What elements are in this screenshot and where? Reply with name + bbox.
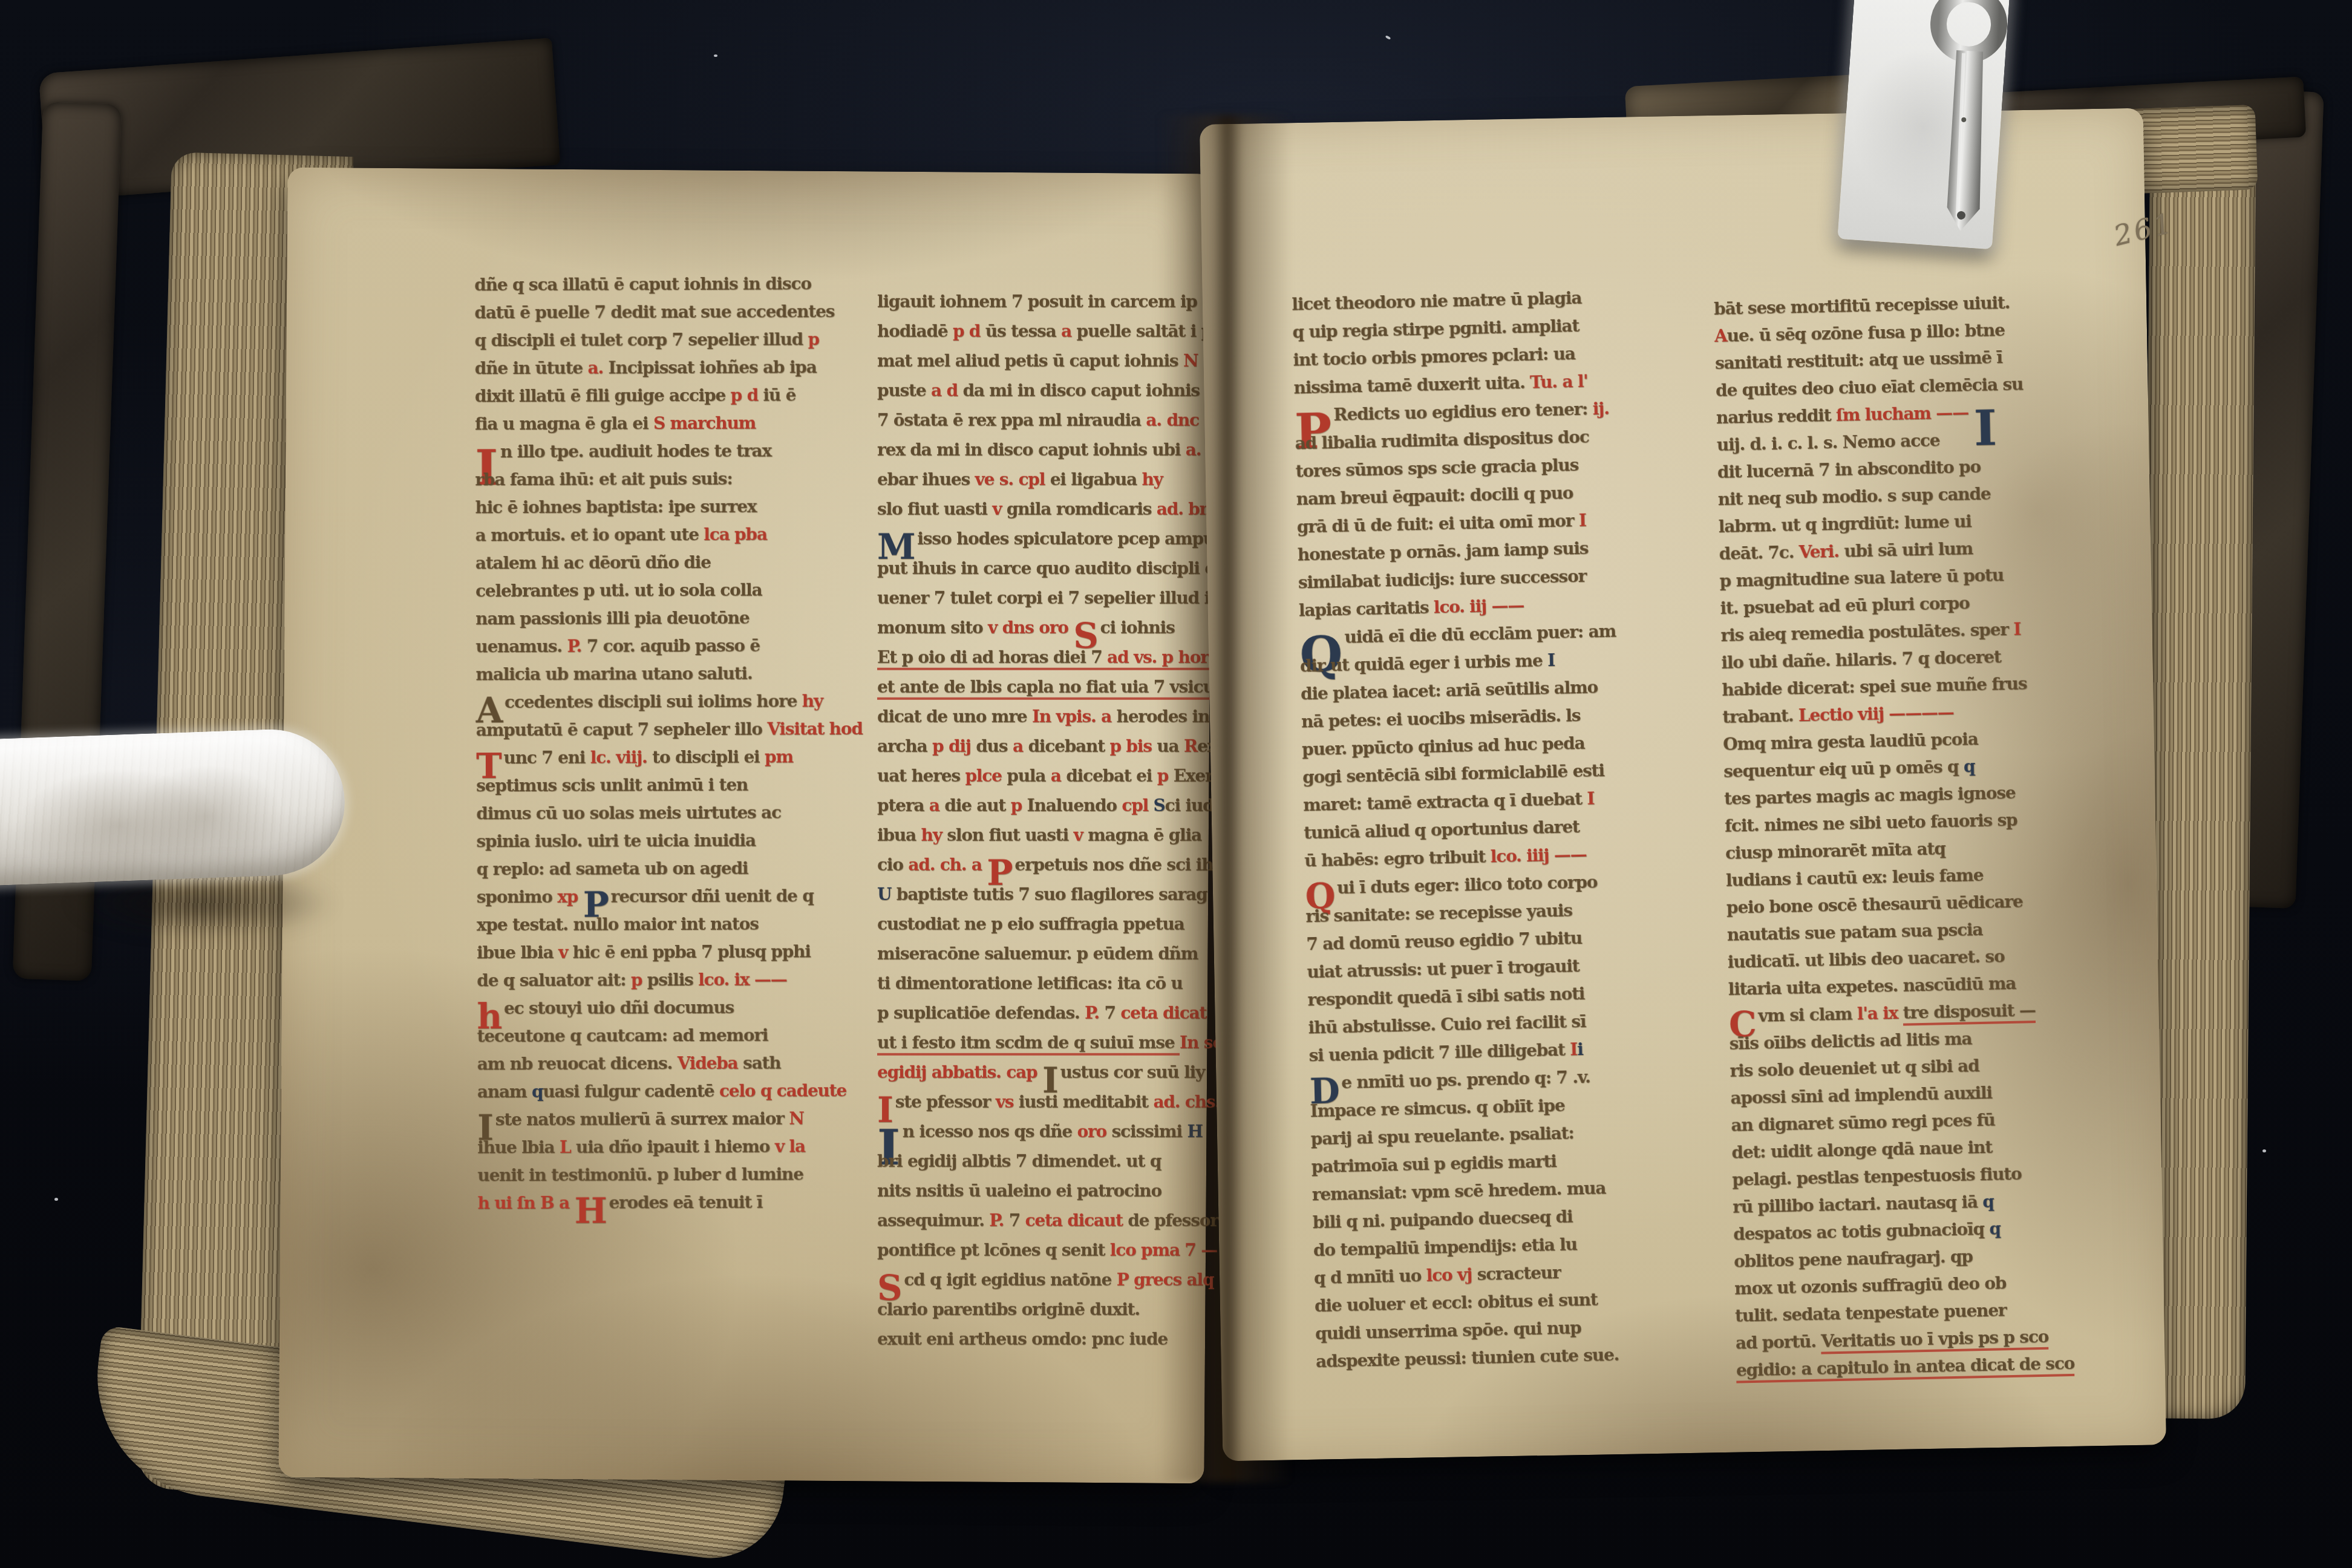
- rubric-text: p: [631, 970, 647, 990]
- rubric-text: p: [1011, 795, 1027, 815]
- rubric-text: oro: [1077, 1122, 1112, 1142]
- body-text: ibua: [877, 825, 921, 845]
- body-text: am nb reuocat dicens.: [477, 1053, 678, 1074]
- body-text: q: [1964, 756, 1975, 776]
- body-text: slon fiut uasti: [947, 825, 1073, 845]
- body-text: cio: [877, 855, 908, 875]
- rubric-text: Tu. a l': [1530, 371, 1588, 392]
- body-text: hic ē iohnes baptista: ipe surrex: [475, 497, 756, 518]
- text-line: hic ē iohnes baptista: ipe surrex: [475, 496, 861, 525]
- body-text: hodiadē: [877, 321, 953, 341]
- body-text: H: [574, 1191, 609, 1232]
- text-column-right-1: licet theodoro nie matre ū plagiaq uip r…: [1292, 287, 1633, 1379]
- body-text: dixit illatū ē fili guige accipe: [475, 385, 731, 406]
- body-text: ubi sā uiri lum: [1844, 538, 1973, 561]
- body-text: 7 ōstata ē rex ppa ml niraudia: [877, 410, 1146, 430]
- body-text: ut i festo itm scdm de q suiuī mse: [877, 1033, 1180, 1056]
- text-line: uenamus. P. 7 cor. aquib passo ē: [475, 635, 862, 664]
- rubric-text: plce: [965, 766, 1007, 786]
- body-text: custodiat ne p eio suffragia ppetua: [877, 914, 1184, 934]
- body-text: exuit eni artheus omdo: pnc iude: [877, 1329, 1168, 1349]
- text-line: dñe in ūtute a. Incipissat iohñes ab ipa: [475, 357, 861, 386]
- rubric-text: v: [992, 499, 1007, 519]
- rubric-text: P.: [567, 636, 586, 656]
- body-text: assequimur.: [877, 1210, 989, 1230]
- body-text: xpe testat. nullo maior int natos: [477, 914, 759, 935]
- rubric-text: lco. iij ——: [1433, 595, 1524, 617]
- body-text: uenit in testimoniū. p luber d lumine: [477, 1164, 803, 1185]
- body-text: ūs tessa: [985, 321, 1061, 341]
- body-text: vm si clam: [1758, 1004, 1857, 1025]
- text-line: hec stouyi uio dñi documus: [477, 997, 863, 1026]
- text-line: de q saluator ait: p psilis lco. ix ——: [477, 969, 863, 998]
- body-text: ebar ihues: [877, 469, 975, 489]
- text-line: fia u magna ē gla ei S marchum: [475, 413, 861, 442]
- body-text: dicat de uno mre: [877, 707, 1032, 727]
- body-text: to discipli ei: [652, 747, 765, 768]
- rubric-text: p dij: [932, 736, 976, 756]
- rubric-text: hy: [921, 825, 947, 845]
- rubric-text: Veri.: [1798, 541, 1844, 563]
- text-line: ihue lbia L uia dño ipauit i hiemo v la: [477, 1136, 864, 1165]
- body-text: unc 7 eni: [503, 748, 590, 768]
- text-line: dimus cū uo solas meis uirtutes ac: [476, 802, 863, 831]
- rubric-text: v: [558, 942, 573, 962]
- body-text: tre disposuit —: [1903, 1000, 2036, 1026]
- body-text: dñe q sca illatū ē caput iohnis in disco: [474, 273, 811, 295]
- body-text: psilis: [647, 970, 698, 990]
- body-text: lapias caritatis: [1299, 597, 1434, 620]
- body-text: n icesso nos qs dñe: [903, 1122, 1077, 1142]
- text-line: uenit in testimoniū. p luber d lumine: [477, 1164, 864, 1193]
- body-text: recursor dñi uenit de q: [611, 886, 814, 906]
- rubric-text: ſm lucham ——: [1836, 402, 1974, 425]
- body-text: Et p oio di ad horas diei 7: [877, 647, 1107, 670]
- rubric-text: Videba: [678, 1053, 743, 1073]
- rubric-text: lco. iiij ——: [1490, 844, 1586, 867]
- body-text: archa: [877, 736, 932, 756]
- body-text: dimus cū uo solas meis uirtutes ac: [476, 802, 781, 823]
- body-text: dicebant: [1028, 736, 1109, 756]
- rubric-text: Visitat hod: [767, 719, 863, 739]
- rubric-text: Lectio viij ————: [1798, 702, 1954, 725]
- text-line: q replo: ad sameta ub on agedi: [477, 858, 863, 887]
- body-text: atalem hi ac dēorū dño die: [475, 552, 711, 573]
- initial-letter: I: [1973, 399, 2000, 457]
- body-text: dicebat ei: [1066, 766, 1157, 786]
- white-gloved-finger: [0, 727, 347, 886]
- body-text: ibue lbia: [477, 942, 558, 962]
- body-text: sīis oīibs delictis ad litis ma: [1729, 1028, 1971, 1053]
- text-line: malicia ub marina utano saluti.: [475, 663, 862, 692]
- right-page: licet theodoro nie matre ū plagiaq uip r…: [1200, 108, 2166, 1462]
- rubric-text: S marchum: [653, 413, 756, 434]
- text-line: Iste natos mulierū ā surrex maior N: [477, 1108, 864, 1137]
- rubric-text: P.: [989, 1210, 1008, 1230]
- body-text: rba fama ihū: et ait puis suis:: [475, 469, 732, 489]
- rubric-text: I: [1570, 1039, 1578, 1059]
- body-text: oblitos pene naufragarj. qp: [1734, 1246, 1973, 1271]
- body-text: uasi fulgur cadentē: [543, 1081, 719, 1102]
- rubric-text: p d: [731, 385, 763, 405]
- body-text: Incipissat iohñes ab ipa: [608, 357, 816, 377]
- body-text: miseracōne saluemur. p eūdem dñm: [877, 944, 1198, 964]
- rubric-text: ceta dicaut: [1025, 1210, 1128, 1230]
- body-text: bāt sese mortifitū recepisse uiuit.: [1714, 293, 2010, 319]
- body-text: uia dño ipauit i hiemo: [576, 1137, 775, 1157]
- rubric-text: hy: [802, 691, 823, 711]
- rubric-text: lc. viij.: [590, 747, 652, 767]
- body-text: datū ē puelle 7 dedit mat sue accedentes: [474, 301, 834, 322]
- body-text: iusti meditabit: [1019, 1092, 1154, 1112]
- text-line: rba fama ihū: et ait puis suis:: [475, 468, 861, 497]
- body-text: ad portū.: [1736, 1331, 1821, 1353]
- text-line: dñe q sca illatū ē caput iohnis in disco: [474, 273, 861, 302]
- rubric-text: ad. ch. a: [908, 855, 987, 875]
- body-text: sequentur eiq uū p omēs q: [1723, 756, 1964, 781]
- body-text: ti dimentoratione letificas: ita cō u: [877, 973, 1183, 993]
- text-line: am nb reuocat dicens. Videba sath: [477, 1053, 864, 1082]
- body-text: sath: [743, 1053, 781, 1073]
- rubric-text: v la: [775, 1136, 805, 1156]
- text-line: a mortuis. et io opant ute lca pba: [475, 524, 862, 553]
- body-text: de q saluator ait:: [477, 970, 631, 990]
- text-line: teceutone q cautcam: ad memori: [477, 1025, 864, 1054]
- left-page: dñe q sca illatū ē caput iohnis in disco…: [278, 168, 1213, 1484]
- rubric-text: vs: [996, 1092, 1019, 1112]
- body-text: U: [877, 884, 897, 904]
- text-column-left-1: dñe q sca illatū ē caput iohnis in disco…: [474, 273, 864, 1221]
- body-text: dus: [976, 736, 1013, 756]
- body-text: a mortuis. et io opant ute: [475, 524, 704, 545]
- body-text: q: [1989, 1218, 2001, 1238]
- body-text: nits nsitis ū ualeino ei patrocino: [877, 1181, 1161, 1201]
- body-text: ciusp minorarēt mīta atq: [1725, 838, 1945, 863]
- body-text: gnila romdicaris: [1007, 499, 1157, 519]
- body-text: fia u magna ē gla ei: [475, 413, 653, 434]
- rubric-text: egidij abbatis. cap: [877, 1062, 1042, 1082]
- text-line: ibue lbia v hic ē eni ppba 7 plusq pphi: [477, 941, 863, 970]
- body-text: 7: [1009, 1210, 1025, 1230]
- body-text: ihue lbia: [477, 1137, 560, 1157]
- text-line: h ui ſn B a Herodes eā tenuit ī: [477, 1192, 864, 1221]
- body-text: deāt. 7c.: [1719, 542, 1799, 564]
- body-text: bri egidij albtis 7 dimendet. ut q: [877, 1151, 1161, 1171]
- rubric-text: celo q cadeute: [719, 1080, 846, 1101]
- body-text: ligauit iohnem 7 posuit in carcem ip: [877, 292, 1197, 312]
- rubric-text: l'a ix: [1857, 1003, 1903, 1024]
- body-text: q: [1982, 1192, 1994, 1212]
- body-text: narius reddit: [1716, 405, 1837, 428]
- rubric-text: I: [1587, 788, 1595, 808]
- body-text: scracteur: [1477, 1263, 1561, 1284]
- text-line: septimus scis unlit animū i ten: [476, 774, 863, 803]
- rubric-text: N: [789, 1108, 804, 1128]
- text-line: dixit illatū ē fili guige accipe p d iū …: [475, 385, 861, 414]
- body-text: 7 cor. aquib passo ē: [587, 636, 760, 656]
- text-line: spinia iuslo. uiri te uicia inuidia: [476, 830, 863, 859]
- body-text: cd q igit egidius natōne: [904, 1270, 1116, 1290]
- rubric-text: p d: [953, 321, 985, 341]
- rubric-text: a.: [587, 358, 608, 377]
- body-text: Veritatis uo ī vpis ps p sco: [1821, 1327, 2049, 1354]
- text-line: anam quasi fulgur cadentē celo q cadeute: [477, 1080, 864, 1109]
- body-text: uij. d. i. c. l. s. Nemo acce: [1717, 430, 1940, 455]
- body-text: clario parentibs originē duxit.: [877, 1299, 1140, 1319]
- body-text: sponimo: [477, 887, 558, 907]
- rubric-text: v dns oro: [988, 618, 1073, 638]
- rubric-text: xp: [557, 887, 583, 907]
- rubric-text: ij.: [1592, 399, 1609, 419]
- rubric-text: lco. ix ——: [698, 969, 787, 990]
- body-text: ste pfessor: [895, 1092, 996, 1112]
- body-text: spinia iuslo. uiri te uicia inuidia: [476, 831, 756, 852]
- body-text: p suplicatiōe defendas.: [877, 1003, 1085, 1023]
- body-text: ū habēs: egro tribuit: [1304, 846, 1491, 871]
- rubric-text: p bis: [1109, 736, 1157, 756]
- rubric-text: a: [1061, 321, 1077, 341]
- rubric-text: I: [2013, 619, 2021, 639]
- text-line: atalem hi ac dēorū dño die: [475, 552, 862, 581]
- body-text: rex da mi in disco caput iohnis ubi: [877, 440, 1186, 460]
- rubric-text: In vpis. a: [1032, 707, 1117, 727]
- rubric-text: a: [929, 795, 945, 815]
- body-text: i: [1577, 1039, 1583, 1059]
- rubric-text: pm: [765, 746, 793, 766]
- rubric-text: a d: [931, 381, 962, 400]
- body-text: amputatū ē caput 7 sepheler illo: [476, 719, 768, 740]
- rubric-text: L: [560, 1137, 576, 1157]
- text-line: datū ē puelle 7 dedit mat sue accedentes: [474, 301, 861, 330]
- body-text: monum sito: [877, 618, 988, 638]
- rubric-text: I: [1578, 511, 1586, 531]
- rubric-text: lco vj: [1426, 1264, 1477, 1285]
- body-text: I: [1547, 650, 1555, 670]
- body-text: ste natos mulierū ā surrex maior: [495, 1108, 789, 1129]
- rubric-text: cpl: [1122, 795, 1153, 815]
- rubric-text: P.: [1085, 1003, 1104, 1023]
- rubric-text: a: [1051, 766, 1067, 786]
- body-text: die aut: [944, 795, 1010, 815]
- rubric-text: v: [1074, 825, 1088, 845]
- body-text: q: [532, 1082, 543, 1102]
- text-line: celebrantes p uti. ut io sola colla: [475, 580, 862, 609]
- text-column-right-2: bāt sese mortifitū recepisse uiuit.Aue. …: [1714, 292, 2075, 1387]
- rubric-text: p: [808, 329, 819, 349]
- rubric-text: ve s. cpl: [975, 469, 1050, 489]
- body-text: malicia ub marina utano saluti.: [475, 664, 752, 685]
- text-line: q discipli ei tulet corp 7 sepelier illu…: [474, 329, 861, 358]
- body-text: puste: [877, 381, 931, 400]
- body-text: q discipli ei tulet corp 7 sepelier illu…: [474, 329, 808, 350]
- body-text: ptera: [877, 795, 929, 815]
- body-text: q replo: ad sameta ub on agedi: [477, 858, 748, 880]
- body-text: ec stouyi uio dñi documus: [504, 998, 734, 1018]
- rubric-text: lca pba: [704, 524, 767, 544]
- rubric-text: h ui ſn B a: [477, 1193, 574, 1214]
- text-line: nam passionis illi pia deuotōne: [475, 607, 862, 636]
- body-text: uat heres: [877, 766, 965, 786]
- metal-page-weight-icon: [1886, 0, 2044, 256]
- body-text: slo fiut uasti: [877, 499, 992, 519]
- photograph-of-manuscript: dñe q sca illatū ē caput iohnis in disco…: [0, 0, 2352, 1568]
- rubric-text: A: [1714, 326, 1727, 346]
- body-text: ccedentes discipli sui iolims hore: [505, 691, 802, 712]
- body-text: iū ē: [763, 385, 795, 405]
- body-text: anam: [477, 1082, 532, 1102]
- text-line: sponimo xp Precursor dñi uenit de q: [477, 886, 863, 915]
- body-text: teceutone q cautcam: ad memori: [477, 1025, 768, 1047]
- text-line: Tunc 7 eni lc. viij. to discipli ei pm: [476, 746, 863, 776]
- body-text: dñe in ūtute: [475, 358, 588, 379]
- body-text: 7: [1104, 1003, 1120, 1023]
- body-text: pula: [1007, 766, 1050, 786]
- body-text: hic ē eni ppba 7 plusq pphi: [573, 941, 811, 962]
- body-text: nam passionis illi pia deuotōne: [475, 608, 749, 629]
- body-text: q d mnīti uo: [1314, 1266, 1426, 1288]
- body-text: trabant.: [1722, 705, 1798, 727]
- body-text: ei ligabua: [1050, 469, 1142, 489]
- body-text: pontifice pt lcōnes q senit: [877, 1240, 1110, 1260]
- text-line: xpe testat. nullo maior int natos: [477, 913, 863, 942]
- body-text: uenamus.: [475, 636, 567, 657]
- body-text: n illo tpe. audiuit hodes te trax: [500, 441, 771, 462]
- body-text: celebrantes p uti. ut io sola colla: [475, 580, 762, 601]
- rubric-text: a: [1013, 736, 1028, 756]
- body-text: septimus scis unlit animū i ten: [476, 775, 748, 796]
- gutter-shadow: [1158, 115, 1292, 1482]
- body-text: licet theodoro nie matre ū plagia: [1292, 288, 1581, 315]
- text-line: Accedentes discipli sui iolims hore hy: [476, 691, 863, 720]
- text-line: In illo tpe. audiuit hodes te trax: [475, 440, 861, 469]
- body-text: Inaluendo: [1027, 795, 1122, 815]
- body-text: erodes eā tenuit ī: [609, 1192, 762, 1213]
- body-text: mat mel aliud petis ū caput iohnis: [877, 351, 1183, 371]
- text-line: amputatū ē caput 7 sepheler illo Visitat…: [476, 719, 863, 748]
